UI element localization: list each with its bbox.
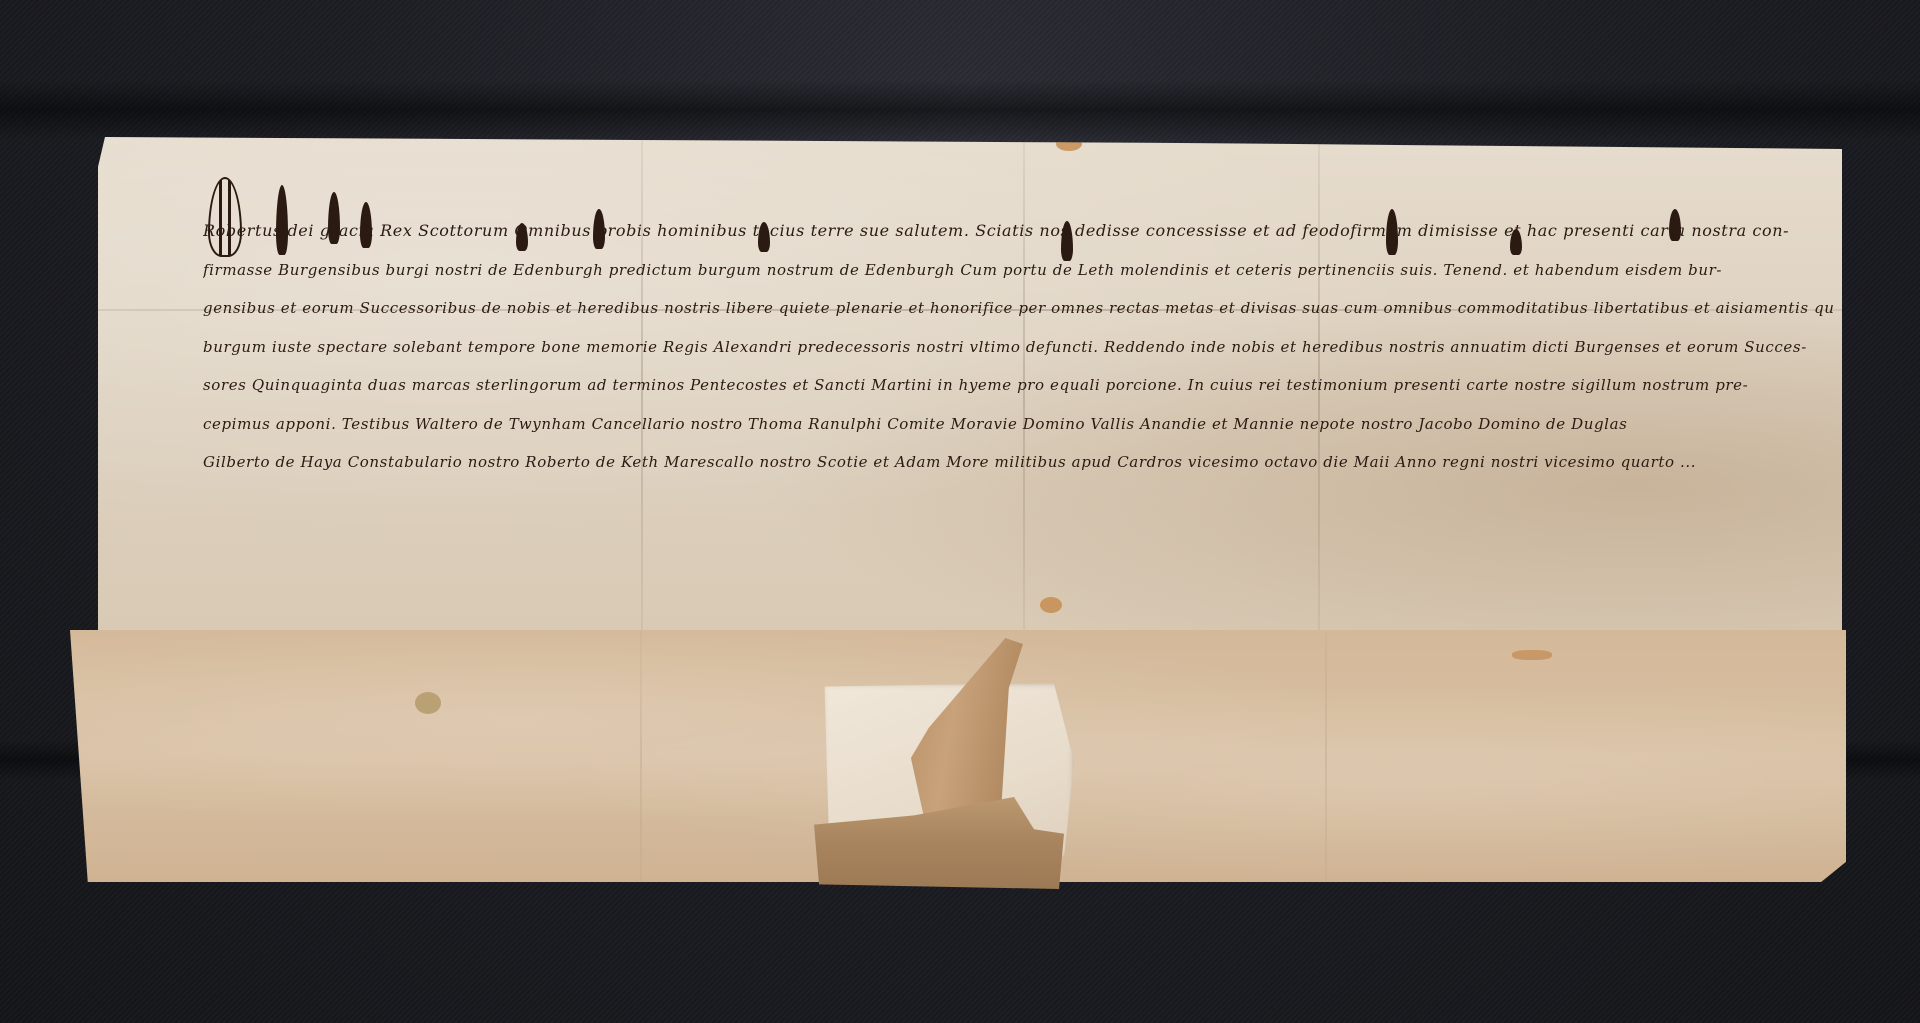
fold-crease-vertical-plica-2 xyxy=(1325,630,1327,882)
charter-line-6: cepimus apponi. Testibus Waltero de Twyn… xyxy=(203,405,1833,444)
charter-text: Robertus dei gracia Rex Scottorum Omnibu… xyxy=(203,212,1833,482)
charter-line-4: burgum iuste spectare solebant tempore b… xyxy=(203,328,1833,367)
charter-line-1: Robertus dei gracia Rex Scottorum Omnibu… xyxy=(203,212,1833,251)
charter-line-7: Gilberto de Haya Constabulario nostro Ro… xyxy=(203,443,1833,482)
wax-stain-bottom xyxy=(1040,597,1062,613)
charter-parchment: Robertus dei gracia Rex Scottorum Omnibu… xyxy=(98,137,1842,635)
charter-line-5: sores Quinquaginta duas marcas sterlingo… xyxy=(203,366,1833,405)
stain-plica-left xyxy=(415,692,441,714)
charter-line-2: firmasse Burgensibus burgi nostri de Ede… xyxy=(203,251,1833,290)
fold-crease-vertical-plica-1 xyxy=(640,630,642,882)
charter-line-3: gensibus et eorum Successoribus de nobis… xyxy=(203,289,1833,328)
cloth-fold-shadow-top xyxy=(0,80,1920,140)
stain-plica-right xyxy=(1512,650,1552,660)
